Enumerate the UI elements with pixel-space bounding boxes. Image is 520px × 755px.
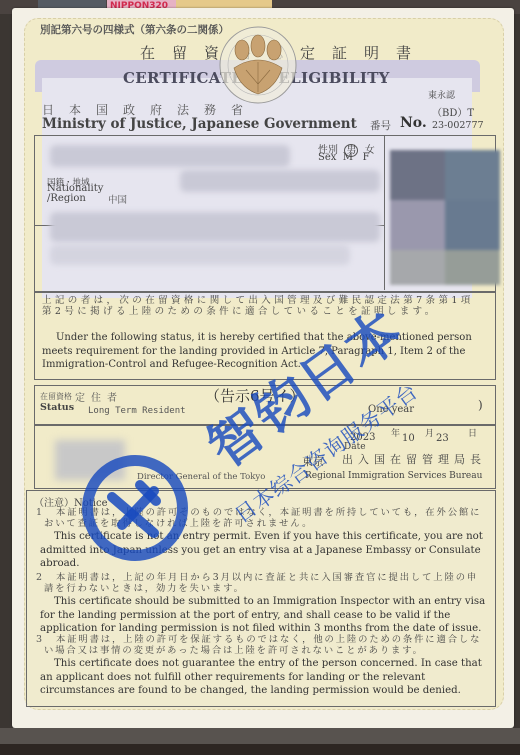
- certification-text-japanese: 上記の者は，次の在留資格に関して出入国管理及び難民認定法第7条第1項第2号に掲げ…: [42, 295, 482, 317]
- background-surface: [0, 744, 520, 755]
- sex-label-english: Sex M F: [318, 152, 370, 163]
- status-label-japanese: 在留資格: [40, 391, 72, 402]
- redacted-signature: [55, 440, 125, 480]
- notice-item-japanese: 本証明書は，上記の年月日から3月以内に査証と共に入国審査官に提出して上陸の申請を…: [44, 572, 482, 594]
- nationality-label-english: Nationality /Region: [47, 184, 107, 204]
- issuer-city: 東京: [302, 453, 324, 469]
- status-notice-number: （告示6号イ）: [205, 385, 305, 406]
- director-title: Director General of the Tokyo: [137, 472, 265, 482]
- notice-item-english: This certificate does not guarantee the …: [40, 657, 488, 698]
- notice-item-number: 3: [36, 634, 42, 645]
- month-suffix: 月: [425, 426, 434, 439]
- redacted-birthdate: [180, 170, 380, 192]
- notice-item-japanese: 本証明書は，上陸の許可を保証するものではなく，他の上陸のための条件に適合しない場…: [44, 634, 482, 656]
- office-subcode: （BD）T: [432, 104, 474, 119]
- status-label-english: Status: [40, 402, 74, 413]
- ministry-seal-icon: [218, 22, 298, 108]
- issue-month: 10: [402, 433, 415, 444]
- notice-item-japanese: 本証明書は，上陸の許可そのものではなく，本証明書を所持していても，在外公館におい…: [44, 507, 482, 529]
- sleeve-edge: [0, 728, 520, 744]
- divider: [384, 135, 385, 290]
- notice-item-english: This certificate is not an entry permit.…: [40, 530, 488, 571]
- year-suffix: 年: [391, 426, 400, 439]
- redacted-address: [50, 212, 380, 242]
- issuer-english: Regional Immigration Services Bureau: [305, 471, 482, 481]
- nationality-value: 中国: [108, 192, 127, 206]
- number-label: No.: [400, 115, 427, 131]
- ministry-english: Ministry of Justice, Japanese Government: [42, 116, 357, 132]
- notice-item-number: 1: [36, 507, 42, 518]
- status-value-english: Long Term Resident: [88, 406, 186, 416]
- redacted-field: [50, 245, 350, 265]
- day-suffix: 日: [468, 426, 477, 439]
- certification-text-english: Under the following status, it is hereby…: [42, 331, 492, 372]
- certificate-number: 23-002777: [432, 120, 484, 131]
- office-code: 東永認: [428, 88, 455, 101]
- issue-day: 23: [436, 433, 449, 444]
- form-reference: 別記第六号の四様式（第六条の二関係）: [40, 22, 229, 37]
- period-of-stay: One year: [368, 404, 414, 415]
- redacted-name: [50, 145, 290, 167]
- period-paren: ): [478, 398, 483, 412]
- notice-item-english: This certificate should be submitted to …: [40, 595, 488, 636]
- notice-item-number: 2: [36, 572, 42, 583]
- number-label-japanese: 番号: [370, 118, 391, 133]
- issuer-japanese: 出入国在留管理局長: [342, 451, 486, 467]
- status-value-japanese: 定住者: [75, 389, 123, 404]
- redacted-photo: [390, 150, 500, 285]
